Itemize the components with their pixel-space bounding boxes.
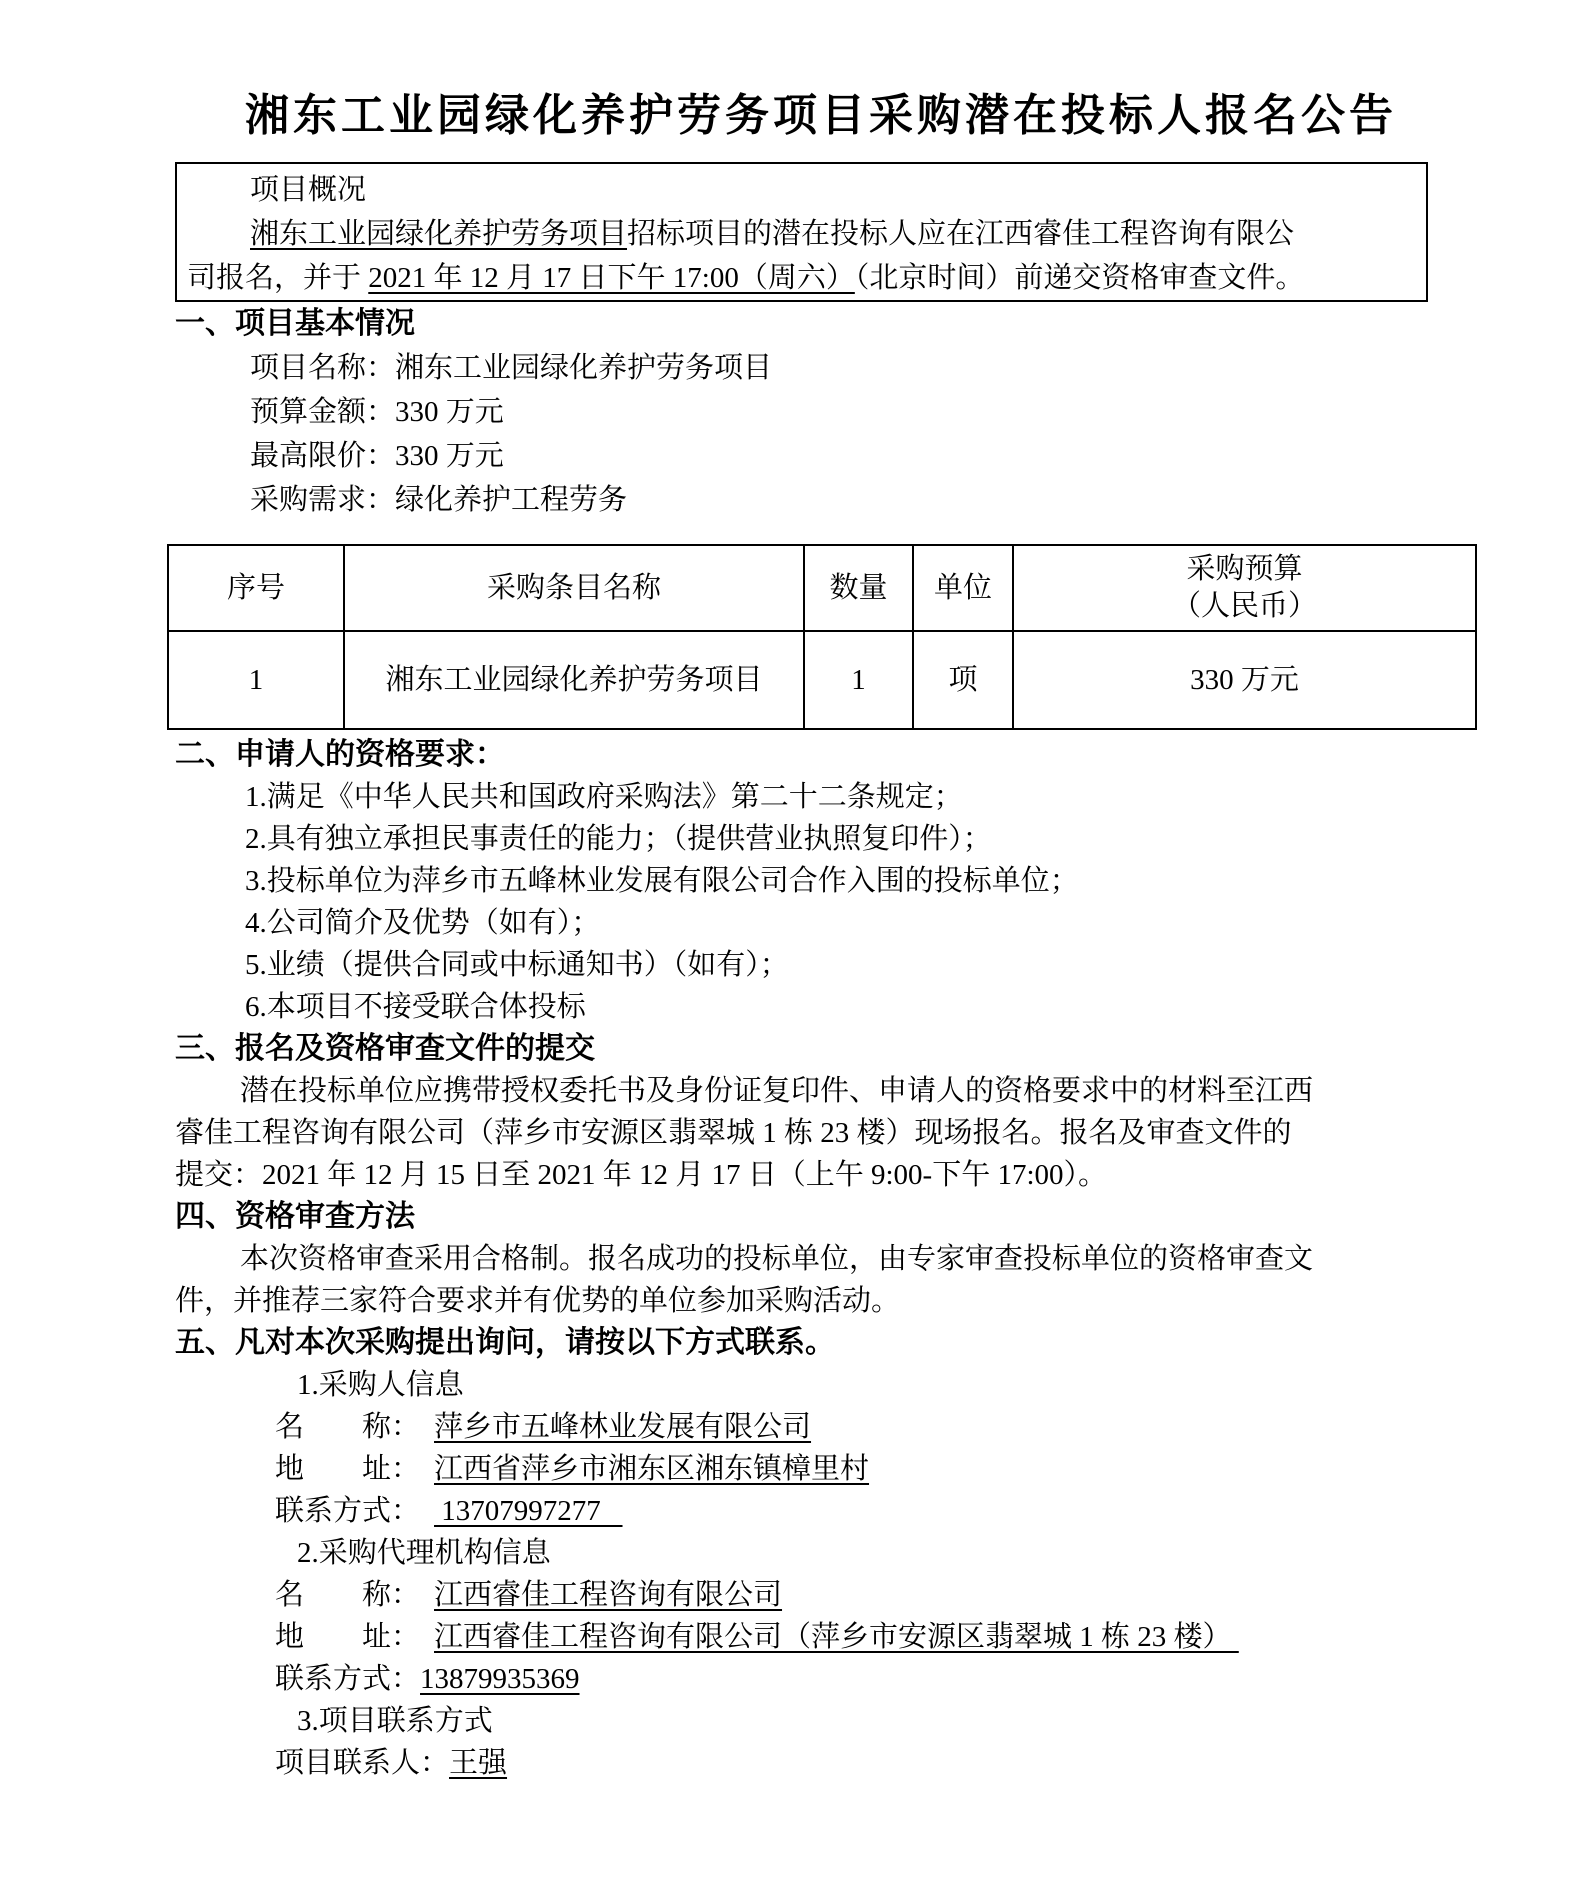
cell-unit: 项 xyxy=(913,631,1013,729)
requirement-item-3: 3.投标单位为萍乡市五峰林业发展有限公司合作入围的投标单位； xyxy=(167,860,1475,902)
requirement-item-5: 5.业绩（提供合同或中标通知书）（如有）； xyxy=(167,944,1475,986)
purchaser-phone-line: 联系方式： 13707997277 xyxy=(167,1490,1475,1532)
project-contact-heading: 3.项目联系方式 xyxy=(167,1700,1475,1742)
table-header-row: 序号 采购条目名称 数量 单位 采购预算 （人民币） xyxy=(168,545,1476,631)
purchaser-name-label: 名 称： xyxy=(275,1411,420,1443)
agency-phone-line: 联系方式：13879935369 xyxy=(167,1658,1475,1700)
purchaser-address-label: 地 址： xyxy=(275,1453,420,1485)
agency-name-value: 江西睿佳工程咨询有限公司 xyxy=(434,1579,782,1611)
agency-info-heading: 2.采购代理机构信息 xyxy=(167,1532,1475,1574)
agency-address-line: 地 址：江西睿佳工程咨询有限公司（萍乡市安源区翡翠城 1 栋 23 楼） xyxy=(167,1616,1475,1658)
purchaser-phone-label: 联系方式： xyxy=(275,1495,420,1527)
overview-deadline-underlined: 2021 年 12 月 17 日下午 17:00（周六） xyxy=(368,262,855,294)
requirement-item-4: 4.公司简介及优势（如有）； xyxy=(167,902,1475,944)
agency-phone-label: 联系方式： xyxy=(275,1663,420,1695)
overview-heading: 项目概况 xyxy=(187,168,1414,212)
agency-name-label: 名 称： xyxy=(275,1579,420,1611)
section-2-heading: 二、申请人的资格要求： xyxy=(167,734,1475,776)
requirement-item-6: 6.本项目不接受联合体投标 xyxy=(167,986,1475,1028)
section-3-heading: 三、报名及资格审查文件的提交 xyxy=(167,1028,1475,1070)
project-overview-box: 项目概况 湘东工业园绿化养护劳务项目招标项目的潜在投标人应在江西睿佳工程咨询有限… xyxy=(175,162,1428,302)
overview-project-name-underlined: 湘东工业园绿化养护劳务项目 xyxy=(250,218,627,250)
table-row: 1 湘东工业园绿化养护劳务项目 1 项 330 万元 xyxy=(168,631,1476,729)
section-5-heading: 五、凡对本次采购提出询问，请按以下方式联系。 xyxy=(167,1322,1475,1364)
requirement-item-1: 1.满足《中华人民共和国政府采购法》第二十二条规定； xyxy=(167,776,1475,818)
overview-line-1-rest: 招标项目的潜在投标人应在江西睿佳工程咨询有限公 xyxy=(627,218,1294,250)
overview-paragraph-line-1: 湘东工业园绿化养护劳务项目招标项目的潜在投标人应在江西睿佳工程咨询有限公 xyxy=(187,212,1414,256)
budget-amount-line: 预算金额：330 万元 xyxy=(167,390,1475,434)
purchaser-phone-value: 13707997277 xyxy=(434,1495,623,1527)
col-header-序号: 序号 xyxy=(168,545,344,631)
project-contact-label: 项目联系人： xyxy=(275,1747,449,1779)
col-header-数量: 数量 xyxy=(804,545,913,631)
section-4-paragraph-line-1: 本次资格审查采用合格制。报名成功的投标单位，由专家审查投标单位的资格审查文 xyxy=(167,1238,1475,1280)
section-3-paragraph-line-1: 潜在投标单位应携带授权委托书及身份证复印件、申请人的资格要求中的材料至江西 xyxy=(167,1070,1475,1112)
purchaser-address-value: 江西省萍乡市湘东区湘东镇樟里村 xyxy=(434,1453,869,1485)
col-header-单位: 单位 xyxy=(913,545,1013,631)
purchaser-address-line: 地 址：江西省萍乡市湘东区湘东镇樟里村 xyxy=(167,1448,1475,1490)
procurement-items-table: 序号 采购条目名称 数量 单位 采购预算 （人民币） 1 湘东工业园绿化养护劳务… xyxy=(167,544,1477,730)
cell-quantity: 1 xyxy=(804,631,913,729)
section-4-heading: 四、资格审查方法 xyxy=(167,1196,1475,1238)
project-contact-value: 王强 xyxy=(449,1747,507,1779)
project-name-line: 项目名称：湘东工业园绿化养护劳务项目 xyxy=(167,346,1475,390)
section-4-paragraph-line-2: 件，并推荐三家符合要求并有优势的单位参加采购活动。 xyxy=(167,1280,1475,1322)
overview-line-2-post: （北京时间）前递交资格审查文件。 xyxy=(855,262,1305,294)
col-header-采购条目名称: 采购条目名称 xyxy=(344,545,804,631)
purchaser-name-value: 萍乡市五峰林业发展有限公司 xyxy=(434,1411,811,1443)
section-3-paragraph-line-3: 提交：2021 年 12 月 15 日至 2021 年 12 月 17 日（上午… xyxy=(167,1154,1475,1196)
cell-budget: 330 万元 xyxy=(1013,631,1476,729)
sections-after-table: 二、申请人的资格要求： 1.满足《中华人民共和国政府采购法》第二十二条规定； 2… xyxy=(167,734,1475,1784)
purchaser-info-heading: 1.采购人信息 xyxy=(167,1364,1475,1406)
section-3-paragraph-line-2: 睿佳工程咨询有限公司（萍乡市安源区翡翠城 1 栋 23 楼）现场报名。报名及审查… xyxy=(167,1112,1475,1154)
cell-seq: 1 xyxy=(168,631,344,729)
procurement-demand-line: 采购需求：绿化养护工程劳务 xyxy=(167,478,1475,522)
overview-line-2-pre: 司报名，并于 xyxy=(187,262,368,294)
col-header-采购预算: 采购预算 （人民币） xyxy=(1013,545,1476,631)
requirement-item-2: 2.具有独立承担民事责任的能力；（提供营业执照复印件）； xyxy=(167,818,1475,860)
project-contact-line: 项目联系人：王强 xyxy=(167,1742,1475,1784)
agency-name-line: 名 称：江西睿佳工程咨询有限公司 xyxy=(167,1574,1475,1616)
price-limit-line: 最高限价：330 万元 xyxy=(167,434,1475,478)
cell-item-name: 湘东工业园绿化养护劳务项目 xyxy=(344,631,804,729)
agency-address-value: 江西睿佳工程咨询有限公司（萍乡市安源区翡翠城 1 栋 23 楼） xyxy=(434,1621,1239,1653)
section-1-heading: 一、项目基本情况 xyxy=(167,302,1475,346)
agency-address-label: 地 址： xyxy=(275,1621,420,1653)
overview-paragraph-line-2: 司报名，并于 2021 年 12 月 17 日下午 17:00（周六）（北京时间… xyxy=(187,256,1414,300)
document-page: 湘东工业园绿化养护劳务项目采购潜在投标人报名公告 项目概况 湘东工业园绿化养护劳… xyxy=(0,0,1587,1889)
purchaser-name-line: 名 称：萍乡市五峰林业发展有限公司 xyxy=(167,1406,1475,1448)
document-content: 湘东工业园绿化养护劳务项目采购潜在投标人报名公告 项目概况 湘东工业园绿化养护劳… xyxy=(0,0,1587,1784)
page-title: 湘东工业园绿化养护劳务项目采购潜在投标人报名公告 xyxy=(167,84,1475,148)
agency-phone-value: 13879935369 xyxy=(420,1663,580,1695)
